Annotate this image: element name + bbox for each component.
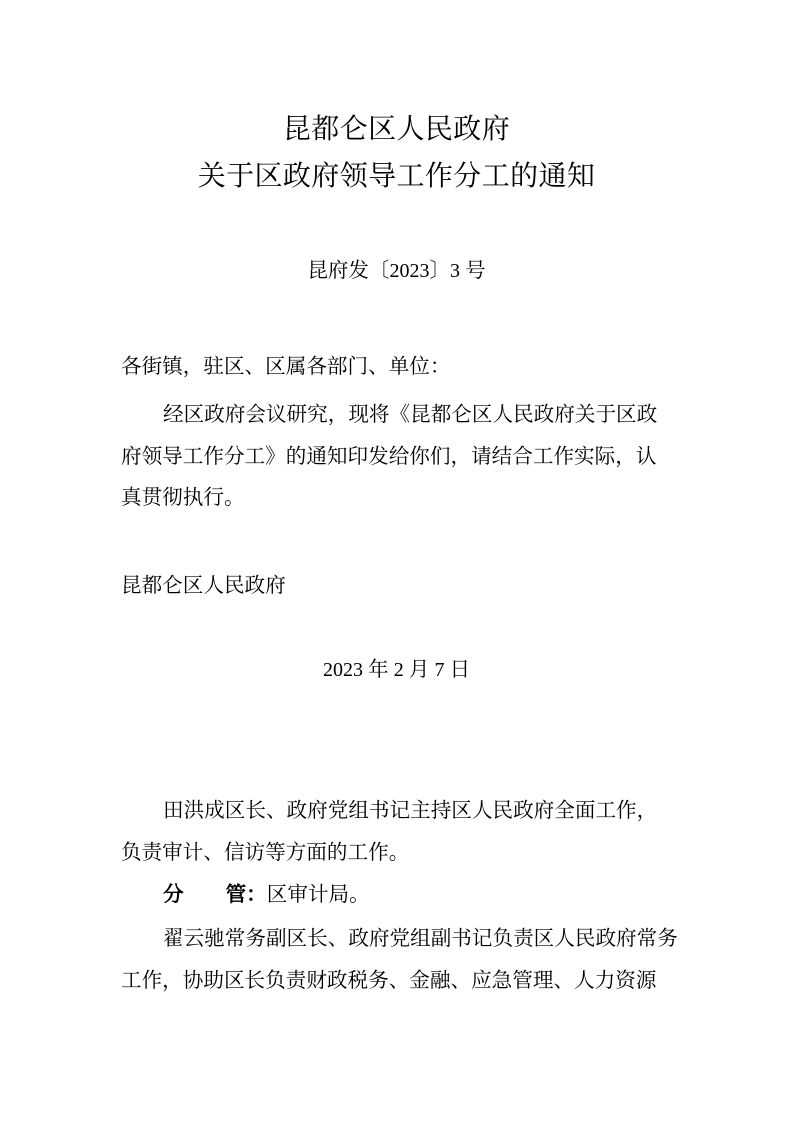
date-day-unit: 日	[450, 657, 471, 681]
fenguan-label-2: 管：	[184, 882, 267, 906]
date-day: 7	[434, 659, 444, 681]
fenguan-value: 区审计局。	[267, 882, 370, 906]
date-year-unit: 年	[368, 657, 389, 681]
document-title-line-1: 昆都仑区人民政府	[0, 112, 793, 146]
date-year: 2023	[323, 659, 363, 681]
document-title-line-2: 关于区政府领导工作分工的通知	[0, 159, 793, 193]
doc-number-year: 2023	[389, 260, 429, 282]
intro-paragraph-line: 真贯彻执行。	[121, 477, 666, 519]
assignment-line: 工作，协助区长负责财政税务、金融、应急管理、人力资源	[121, 960, 666, 1002]
assignment-line: 田洪成区长、政府党组书记主持区人民政府全面工作，	[121, 790, 666, 832]
intro-paragraph-line: 府领导工作分工》的通知印发给你们，请结合工作实际，认	[121, 436, 666, 478]
salutation: 各街镇，驻区、区属各部门、单位：	[121, 346, 666, 388]
assignment-line: 负责审计、信访等方面的工作。	[121, 832, 666, 874]
fenguan-row: 分管：区审计局。	[121, 874, 666, 916]
doc-number-prefix: 昆府发〔	[307, 258, 389, 282]
intro-paragraph: 经区政府会议研究，现将《昆都仑区人民政府关于区政 府领导工作分工》的通知印发给你…	[121, 394, 666, 519]
document-number: 昆府发〔2023〕3 号	[0, 257, 793, 284]
assignment-paragraph: 田洪成区长、政府党组书记主持区人民政府全面工作， 负责审计、信访等方面的工作。	[121, 790, 666, 873]
date-month-unit: 月	[409, 657, 430, 681]
issue-date: 2023 年 2 月 7 日	[0, 656, 793, 683]
signature-organization: 昆都仑区人民政府	[121, 565, 666, 607]
fenguan-line: 分管：区审计局。	[121, 874, 666, 916]
assignment-paragraph: 翟云驰常务副区长、政府党组副书记负责区人民政府常务 工作，协助区长负责财政税务、…	[121, 918, 666, 1001]
doc-number-value: 3	[450, 260, 460, 282]
doc-number-middle: 〕	[429, 258, 450, 282]
doc-number-suffix: 号	[465, 258, 486, 282]
document-page: 昆都仑区人民政府 关于区政府领导工作分工的通知 昆府发〔2023〕3 号 各街镇…	[0, 0, 793, 1122]
intro-paragraph-line: 经区政府会议研究，现将《昆都仑区人民政府关于区政	[121, 394, 666, 436]
assignment-line: 翟云驰常务副区长、政府党组副书记负责区人民政府常务	[121, 918, 666, 960]
fenguan-label-1: 分	[163, 882, 184, 906]
date-month: 2	[394, 659, 404, 681]
